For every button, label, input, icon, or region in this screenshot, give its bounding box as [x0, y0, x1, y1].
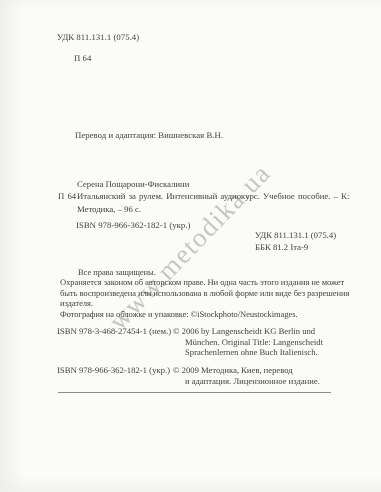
bib-description-line-2: Методика, – 96 с. — [58, 203, 349, 215]
author-name: Серена Пощарони-Фискалини — [58, 178, 349, 190]
german-copyright-line-2: München. Original Title: Langenscheidt — [173, 337, 323, 348]
german-copyright: © 2006 by Langenscheidt KG Berlin und Mü… — [173, 326, 323, 358]
separator-rule — [58, 392, 331, 393]
bibliographic-entry: Серена Пощарони-Фискалини П 64Итальянски… — [58, 178, 349, 215]
isbn-ukrainian: ISBN 978-966-362-182-1 (укр.) — [57, 365, 170, 375]
bbk-code: ББК 81.2 Іта-9 — [255, 241, 336, 253]
udk-code: УДК 811.131.1 (075.4) — [255, 229, 336, 241]
author-sign-code-top: П 64 — [74, 53, 91, 64]
ukrainian-copyright-line-2: и адаптация. Лицензионное издание. — [173, 376, 320, 387]
rights-line-5: Фотография на обложке и упаковке: ©iStoc… — [60, 309, 349, 319]
isbn-ukrainian-entry: ISBN 978-966-362-182-1 (укр.) — [76, 220, 191, 231]
german-copyright-line-3: Sprachenlernen ohne Buch Italienisch. — [173, 347, 323, 358]
rights-line-2: Охраняется законом об авторском праве. Н… — [60, 277, 349, 287]
isbn-german: ISBN 978-3-468-27454-1 (нем.) — [57, 326, 171, 336]
rights-paragraph: Все права защищены. Охраняется законом о… — [60, 267, 349, 319]
udk-code-top: УДК 811.131.1 (075.4) — [57, 32, 139, 43]
ukrainian-copyright-line-1: © 2009 Методика, Киев, перевод — [173, 365, 320, 376]
bib-author-sign: П 64 — [58, 190, 77, 202]
rights-line-3: быть воспроизведена или использована в л… — [60, 288, 349, 298]
ukrainian-copyright: © 2009 Методика, Киев, перевод и адаптац… — [173, 365, 320, 386]
classification-codes: УДК 811.131.1 (075.4) ББК 81.2 Іта-9 — [255, 229, 336, 253]
rights-line-4: издателя. — [60, 298, 349, 308]
bib-title-text: Итальянский за рулем. Интенсивный аудиок… — [77, 191, 349, 201]
translation-credit: Перевод и адаптация: Вишневская В.Н. — [75, 130, 223, 141]
rights-line-1: Все права защищены. — [60, 267, 349, 277]
german-copyright-line-1: © 2006 by Langenscheidt KG Berlin und — [173, 326, 323, 337]
scanned-book-imprint-page: { "header": { "udk": "УДК 811.131.1 (075… — [0, 0, 381, 492]
bib-description-line-1: П 64Итальянский за рулем. Интенсивный ау… — [58, 190, 349, 202]
